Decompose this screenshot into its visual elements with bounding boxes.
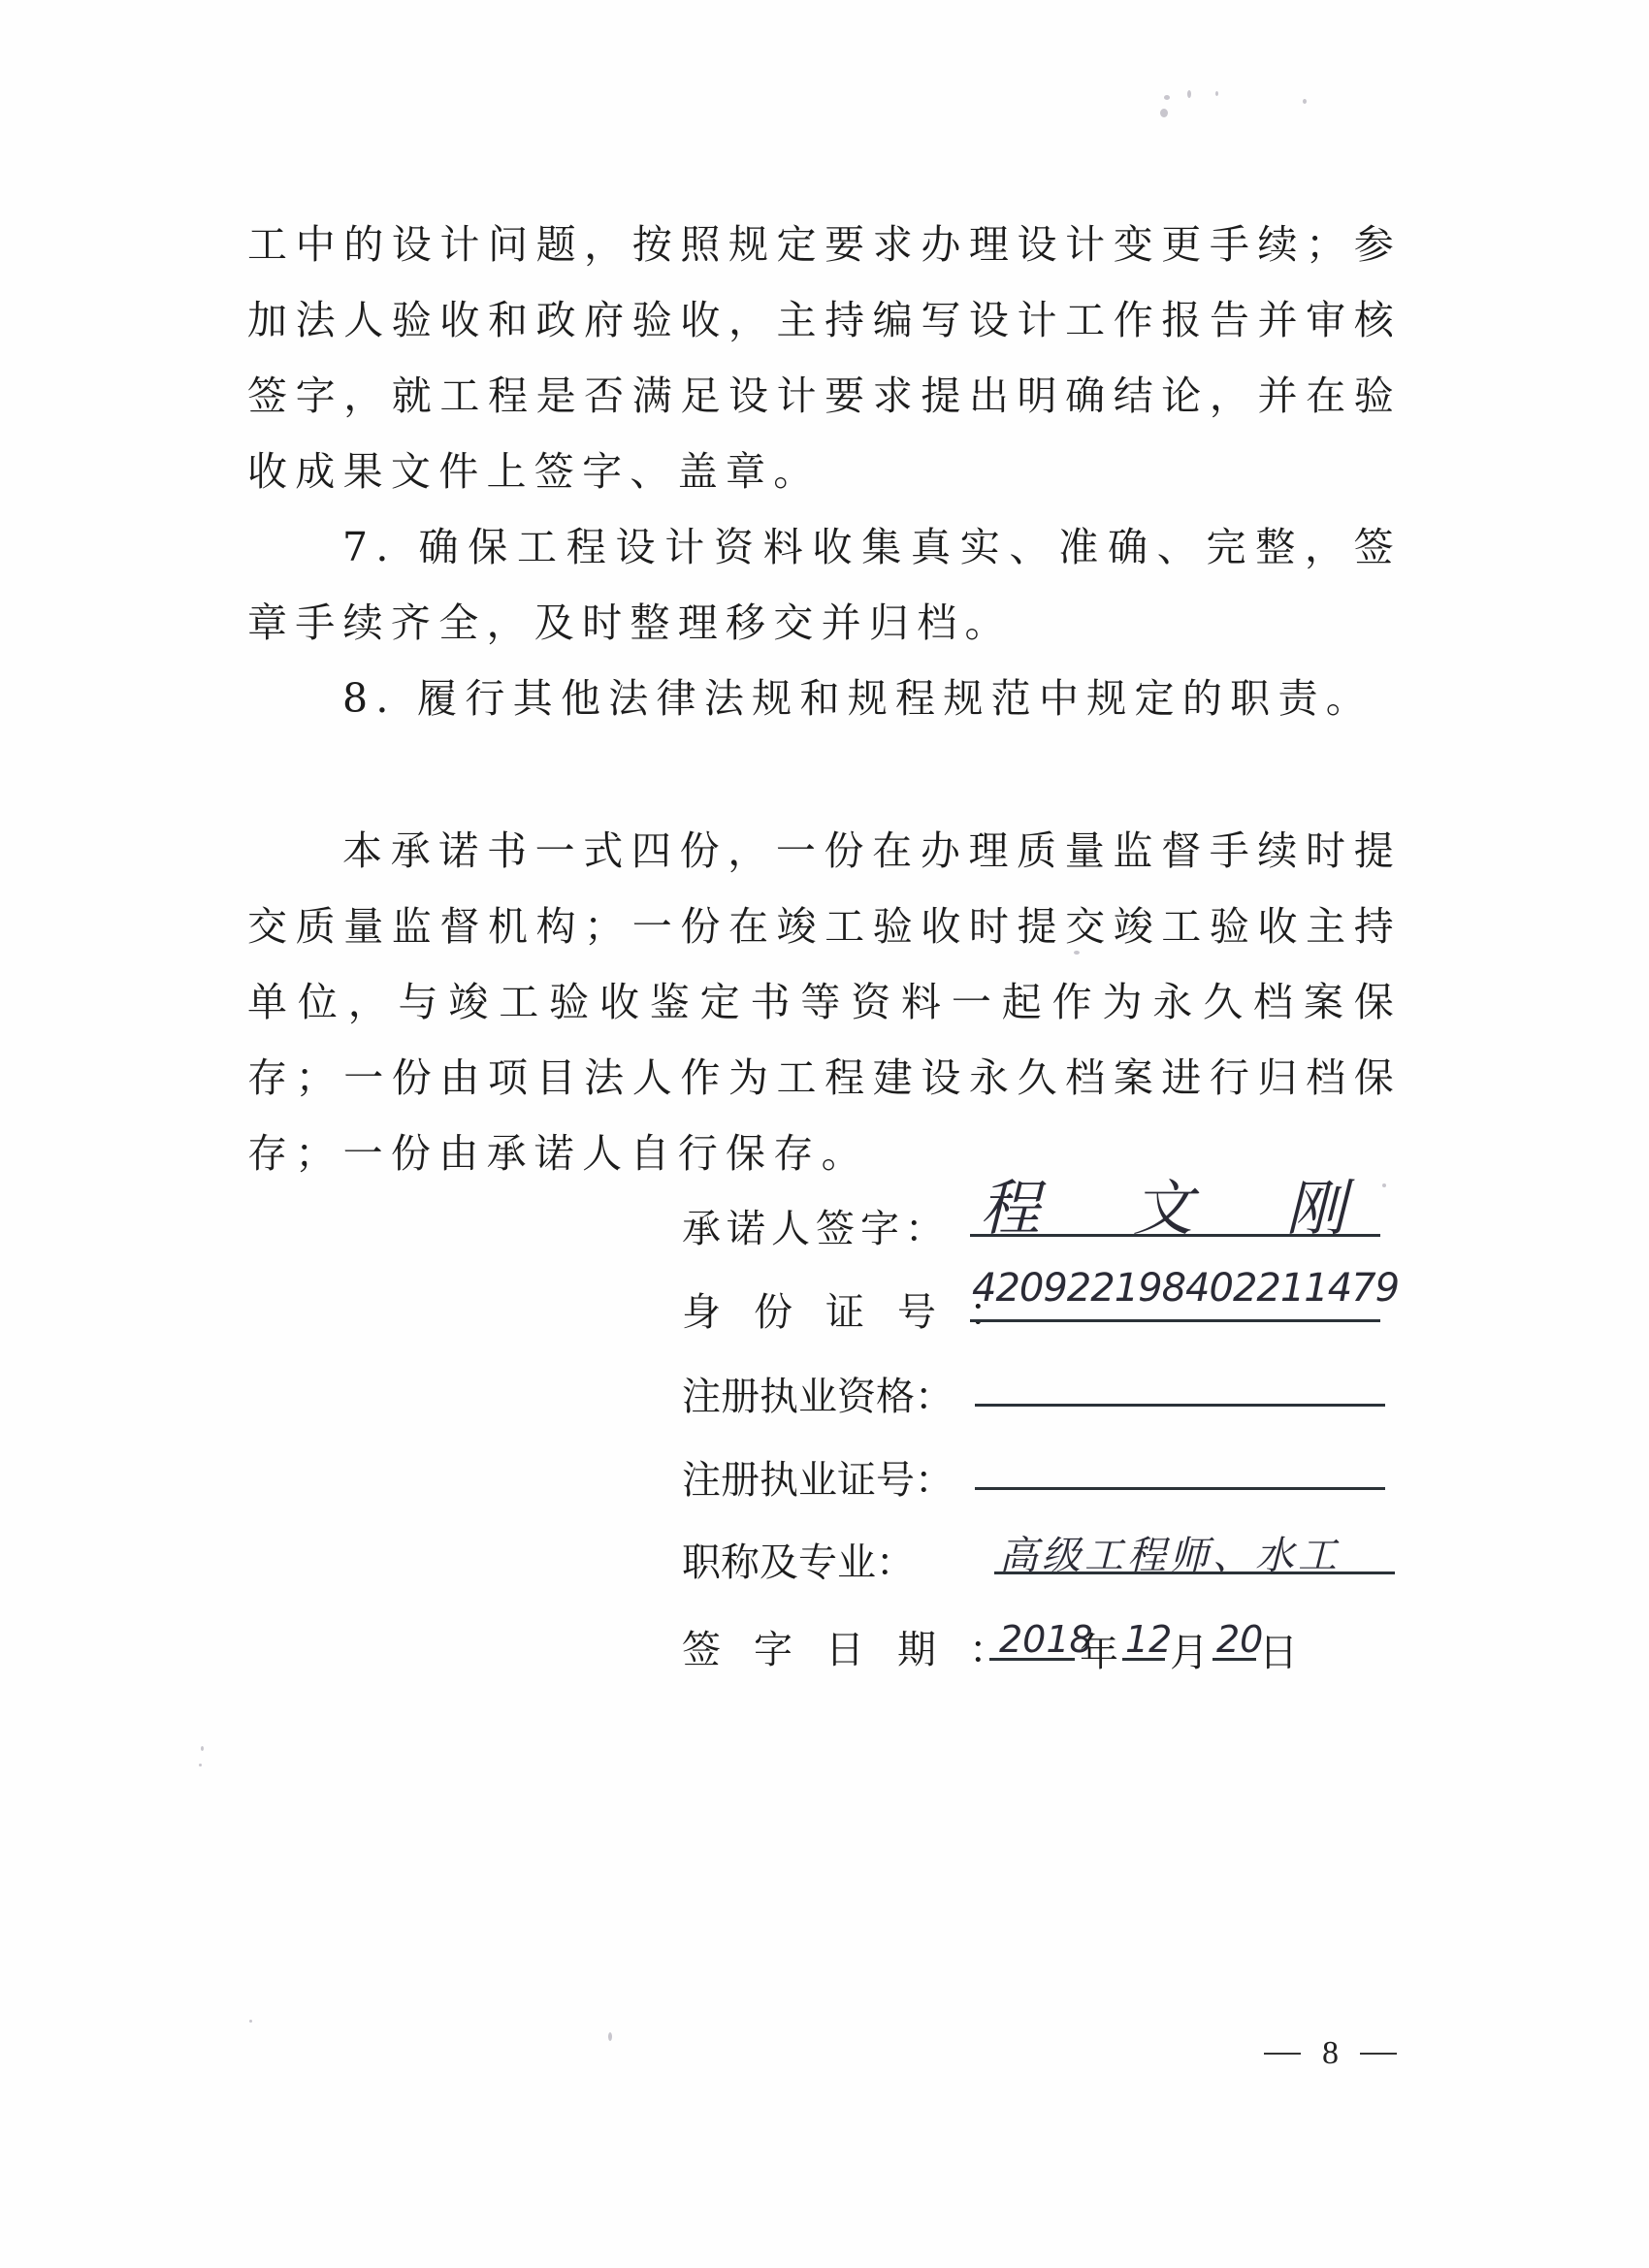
- page-number-value: 8: [1322, 2035, 1339, 2072]
- qualification-label: 注册执业资格：: [682, 1366, 954, 1421]
- date-month-value: 12: [1125, 1618, 1172, 1661]
- date-year-unit: 年: [1080, 1622, 1118, 1677]
- license-label: 注册执业证号：: [682, 1449, 954, 1505]
- signer-handwritten-signature: 程 文 刚: [980, 1160, 1382, 1247]
- date-day-unit: 日: [1259, 1622, 1298, 1677]
- license-row: 注册执业证号：: [682, 1446, 954, 1505]
- scan-speck: [199, 1764, 202, 1766]
- title-handwritten-value: 高级工程师、水工: [999, 1525, 1341, 1580]
- date-label: 签字日期：: [682, 1619, 1041, 1674]
- qualification-underline: [975, 1404, 1385, 1407]
- page-number-dash-right: [1360, 2053, 1397, 2055]
- signer-row: 承诺人签字：: [682, 1195, 950, 1253]
- date-row: 签字日期：: [682, 1616, 1041, 1674]
- title-row: 职称及专业：: [682, 1529, 915, 1587]
- paragraph-closing: 本承诺书一式四份，一份在办理质量监督手续时提交质量监督机构；一份在竣工验收时提交…: [247, 813, 1402, 1191]
- scan-speck: [249, 2020, 252, 2023]
- paragraph-item8: 8. 履行其他法律法规和规程规范中规定的职责。: [247, 661, 1402, 736]
- scan-speck: [1187, 90, 1191, 98]
- scan-speck: [201, 1746, 204, 1751]
- date-day-value: 20: [1216, 1618, 1263, 1661]
- scan-speck: [1164, 95, 1170, 100]
- scan-speck: [1160, 109, 1168, 117]
- scan-speck: [1215, 91, 1218, 96]
- page-number-dash-left: [1264, 2053, 1301, 2055]
- title-label: 职称及专业：: [682, 1532, 915, 1587]
- scan-speck: [608, 2032, 612, 2041]
- id-underline: [970, 1319, 1380, 1322]
- scanned-document-page: 工中的设计问题，按照规定要求办理设计变更手续；参加法人验收和政府验收，主持编写设…: [0, 0, 1649, 2268]
- scan-speck: [1303, 99, 1307, 104]
- date-month-unit: 月: [1170, 1622, 1209, 1677]
- license-underline: [975, 1487, 1385, 1490]
- id-handwritten-value: 420922198402211479: [972, 1266, 1399, 1311]
- paragraph-item7: 7. 确保工程设计资料收集真实、准确、完整，签章手续齐全，及时整理移交并归档。: [247, 509, 1402, 661]
- signer-label: 承诺人签字：: [682, 1198, 950, 1253]
- qualification-row: 注册执业资格：: [682, 1363, 954, 1421]
- page-number: 8: [1264, 2035, 1397, 2072]
- paragraph-item6-continuation: 工中的设计问题，按照规定要求办理设计变更手续；参加法人验收和政府验收，主持编写设…: [247, 207, 1402, 509]
